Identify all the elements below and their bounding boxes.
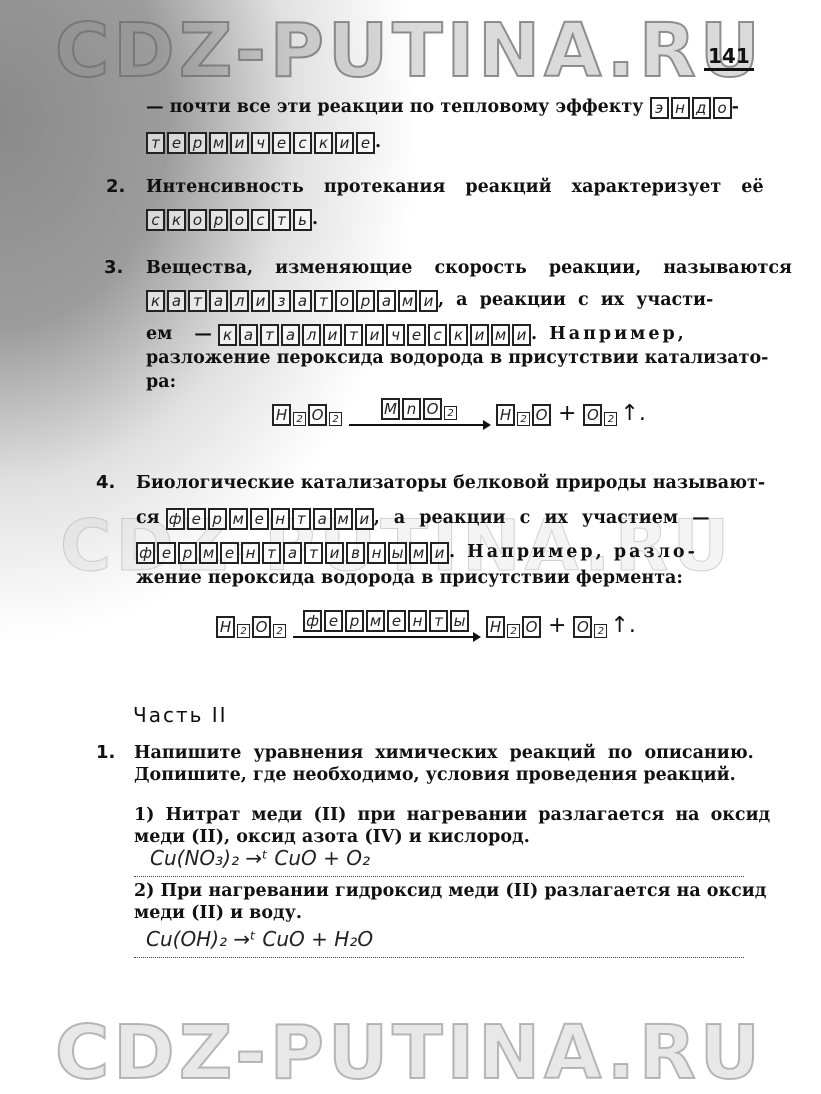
letter-box[interactable]: л xyxy=(302,324,321,346)
letter-box[interactable]: 2 xyxy=(604,412,617,426)
formula: O2 xyxy=(583,404,617,426)
letter-box[interactable]: т xyxy=(146,132,165,154)
letter-box[interactable]: а xyxy=(377,290,396,312)
q3-line-3: ем — каталитическими. Например, xyxy=(146,322,687,346)
letter-box[interactable]: а xyxy=(313,508,332,530)
q3-text-3-prefix: ем — xyxy=(146,324,212,344)
letter-box[interactable]: с xyxy=(293,132,312,154)
letter-box[interactable]: и xyxy=(419,290,438,312)
letter-box[interactable]: ы xyxy=(450,610,469,632)
letter-box[interactable]: р xyxy=(209,209,228,231)
letter-box[interactable]: е xyxy=(157,542,176,564)
equation-enzyme: H2O2ферментыH2O+O2↑. xyxy=(216,610,636,638)
letter-box[interactable]: т xyxy=(344,324,363,346)
q4-text-3-suffix: . Например, разло- xyxy=(449,542,698,562)
hyphen: - xyxy=(732,97,739,117)
letter-box[interactable]: т xyxy=(292,508,311,530)
letter-box[interactable]: 2 xyxy=(517,412,530,426)
handwritten-answer-2[interactable]: Cu(OH)₂ →ᵗ CuO + H₂O xyxy=(146,927,373,951)
letter-box[interactable]: O xyxy=(583,404,602,426)
answer-boxes[interactable]: ферментами xyxy=(166,508,374,530)
letter-box[interactable]: H xyxy=(216,616,235,638)
letter-box[interactable]: O xyxy=(252,616,271,638)
letter-box[interactable]: H xyxy=(486,616,505,638)
letter-box[interactable]: т xyxy=(314,290,333,312)
question-number: 3. xyxy=(104,257,123,278)
letter-box[interactable]: и xyxy=(230,132,249,154)
letter-box[interactable]: 2 xyxy=(444,406,457,420)
letter-box[interactable]: т xyxy=(304,542,323,564)
letter-box[interactable]: и xyxy=(512,324,531,346)
letter-box[interactable]: р xyxy=(208,508,227,530)
q3-line-2: катализаторами, а реакции с их участи- xyxy=(146,288,713,312)
letter-box[interactable]: о xyxy=(188,209,207,231)
letter-box[interactable]: а xyxy=(281,324,300,346)
letter-box[interactable]: е xyxy=(407,324,426,346)
formula: H2O xyxy=(486,616,541,638)
letter-box[interactable]: а xyxy=(293,290,312,312)
reaction-arrow: MnO2 xyxy=(349,398,489,426)
q4-text-1: Биологические катализаторы белковой прир… xyxy=(136,471,765,495)
letter-box[interactable]: к xyxy=(167,209,186,231)
plus-sign: + xyxy=(558,401,576,426)
letter-box[interactable]: а xyxy=(239,324,258,346)
letter-box[interactable]: о xyxy=(335,290,354,312)
q4-line-2: ся ферментами, а реакции с их участием — xyxy=(136,506,710,530)
part-title: Часть II xyxy=(133,703,228,727)
q3-text-3-suffix: . Например, xyxy=(531,324,687,344)
catalyst: ферменты xyxy=(303,610,469,632)
letter-box[interactable]: р xyxy=(356,290,375,312)
catalyst: MnO2 xyxy=(381,398,457,420)
letter-box[interactable]: т xyxy=(260,324,279,346)
formula: H2O2 xyxy=(216,616,286,638)
page-number: 141 xyxy=(704,44,754,71)
letter-box[interactable]: 2 xyxy=(273,624,286,638)
part2-q1-text-2: Допишите, где необходимо, условия провед… xyxy=(134,763,736,787)
letter-box[interactable]: м xyxy=(229,508,248,530)
letter-box[interactable]: и xyxy=(470,324,489,346)
letter-box[interactable]: т xyxy=(429,610,448,632)
letter-box[interactable]: е xyxy=(220,542,239,564)
letter-box[interactable]: с xyxy=(251,209,270,231)
letter-box[interactable]: O xyxy=(423,398,442,420)
gas-arrow-icon: ↑. xyxy=(610,613,635,638)
q3-text-2: , а реакции с их участи- xyxy=(438,290,713,310)
letter-box[interactable]: а xyxy=(167,290,186,312)
letter-box[interactable]: ф xyxy=(303,610,322,632)
q3-text-5: ра: xyxy=(146,370,176,394)
letter-box[interactable]: а xyxy=(209,290,228,312)
letter-box[interactable]: M xyxy=(381,398,400,420)
letter-box[interactable]: т xyxy=(262,542,281,564)
letter-box[interactable]: ь xyxy=(293,209,312,231)
letter-box[interactable]: O xyxy=(308,404,327,426)
letter-box[interactable]: н xyxy=(271,508,290,530)
letter-box[interactable]: о xyxy=(713,97,732,119)
letter-box[interactable]: n xyxy=(402,398,421,420)
letter-box[interactable]: и xyxy=(325,542,344,564)
letter-box[interactable]: е xyxy=(272,132,291,154)
answer-line xyxy=(134,876,744,877)
letter-box[interactable]: а xyxy=(283,542,302,564)
letter-box[interactable]: ы xyxy=(388,542,407,564)
letter-box[interactable]: н xyxy=(408,610,427,632)
letter-box[interactable]: р xyxy=(345,610,364,632)
continuation-line-2: термические. xyxy=(146,130,381,154)
letter-box[interactable]: е xyxy=(324,610,343,632)
part2-sub2-line-1: 2) При нагревании гидроксид меди (II) ра… xyxy=(134,879,766,903)
reaction-arrow: ферменты xyxy=(293,610,479,638)
letter-box[interactable]: т xyxy=(188,290,207,312)
letter-box[interactable]: и xyxy=(335,132,354,154)
continuation-line-1: — почти все эти реакции по тепловому эфф… xyxy=(146,95,739,119)
letter-box[interactable]: н xyxy=(367,542,386,564)
q4-text-2-prefix: ся xyxy=(136,508,160,528)
letter-box[interactable]: к xyxy=(218,324,237,346)
arrow-icon xyxy=(349,424,489,426)
letter-box[interactable]: и xyxy=(251,290,270,312)
watermark-top: CDZ-PUTINA.RU xyxy=(55,8,764,94)
letter-box[interactable]: и xyxy=(355,508,374,530)
letter-box[interactable]: 2 xyxy=(237,624,250,638)
letter-box[interactable]: с xyxy=(146,209,165,231)
question-number: 2. xyxy=(106,176,125,197)
question-number: 4. xyxy=(96,472,115,493)
letter-box[interactable]: р xyxy=(188,132,207,154)
letter-box[interactable]: и xyxy=(365,324,384,346)
q3-text-4: разложение пероксида водорода в присутст… xyxy=(146,346,768,370)
letter-box[interactable]: м xyxy=(398,290,417,312)
part2-sub1-line-1: 1) Нитрат меди (II) при нагревании разла… xyxy=(134,803,770,827)
letter-box[interactable]: д xyxy=(692,97,711,119)
plus-sign: + xyxy=(548,613,566,638)
formula: H2O xyxy=(496,404,551,426)
letter-box[interactable]: м xyxy=(209,132,228,154)
letter-box[interactable]: м xyxy=(491,324,510,346)
letter-box[interactable]: е xyxy=(356,132,375,154)
q2-answer-line: скорость. xyxy=(146,207,318,231)
letter-box[interactable]: з xyxy=(272,290,291,312)
letter-box[interactable]: в xyxy=(346,542,365,564)
letter-box[interactable]: H xyxy=(496,404,515,426)
letter-box[interactable]: т xyxy=(272,209,291,231)
gas-arrow-icon: ↑. xyxy=(620,401,645,426)
answer-boxes[interactable]: эндо xyxy=(650,97,732,119)
part2-q1-text-1: Напишите уравнения химических реакций по… xyxy=(134,741,754,765)
q4-text-4: жение пероксида водорода в присутствии ф… xyxy=(136,566,683,590)
letter-box[interactable]: л xyxy=(230,290,249,312)
letter-box[interactable]: с xyxy=(428,324,447,346)
letter-box[interactable]: O xyxy=(573,616,592,638)
letter-box[interactable]: р xyxy=(178,542,197,564)
letter-box[interactable]: н xyxy=(671,97,690,119)
question-number: 1. xyxy=(96,742,115,763)
letter-box[interactable]: м xyxy=(199,542,218,564)
letter-box[interactable]: н xyxy=(241,542,260,564)
q4-line-3: ферментативными. Например, разло- xyxy=(136,540,698,564)
handwritten-answer-1[interactable]: Cu(NO₃)₂ →ᵗ CuO + O₂ xyxy=(150,846,370,870)
equation-catalyst: H2O2MnO2H2O+O2↑. xyxy=(272,398,646,426)
letter-box[interactable]: м xyxy=(334,508,353,530)
formula: O2 xyxy=(573,616,607,638)
letter-box[interactable]: к xyxy=(449,324,468,346)
formula: H2O2 xyxy=(272,404,342,426)
part2-sub2-line-2: меди (II) и воду. xyxy=(134,901,302,925)
letter-box[interactable]: ч xyxy=(251,132,270,154)
watermark-bottom: CDZ-PUTINA.RU xyxy=(55,1010,764,1094)
letter-box[interactable]: 2 xyxy=(293,412,306,426)
answer-boxes[interactable]: термические xyxy=(146,132,375,154)
letter-box[interactable]: е xyxy=(387,610,406,632)
letter-box[interactable]: о xyxy=(230,209,249,231)
period: . xyxy=(375,132,381,152)
arrow-icon xyxy=(293,636,479,638)
letter-box[interactable]: и xyxy=(323,324,342,346)
q4-text-2-suffix: , а реакции с их участием — xyxy=(374,508,710,528)
answer-line xyxy=(134,957,744,958)
letter-box[interactable]: и xyxy=(430,542,449,564)
letter-box[interactable]: э xyxy=(650,97,669,119)
letter-box[interactable]: O xyxy=(532,404,551,426)
q2-text: Интенсивность протекания реакций характе… xyxy=(146,175,764,199)
letter-box[interactable]: е xyxy=(187,508,206,530)
letter-box[interactable]: к xyxy=(146,290,165,312)
q3-text-1: Вещества, изменяющие скорость реакции, н… xyxy=(146,256,792,280)
letter-box[interactable]: 2 xyxy=(594,624,607,638)
letter-box[interactable]: к xyxy=(314,132,333,154)
letter-box[interactable]: ф xyxy=(136,542,155,564)
letter-box[interactable]: м xyxy=(366,610,385,632)
answer-boxes[interactable]: катализаторами xyxy=(146,290,438,312)
period: . xyxy=(312,209,318,229)
letter-box[interactable]: 2 xyxy=(507,624,520,638)
letter-box[interactable]: 2 xyxy=(329,412,342,426)
letter-box[interactable]: ч xyxy=(386,324,405,346)
letter-box[interactable]: е xyxy=(250,508,269,530)
answer-boxes[interactable]: ферментативными xyxy=(136,542,449,564)
answer-boxes[interactable]: каталитическими xyxy=(218,324,531,346)
letter-box[interactable]: ф xyxy=(166,508,185,530)
letter-box[interactable]: O xyxy=(522,616,541,638)
letter-box[interactable]: H xyxy=(272,404,291,426)
letter-box[interactable]: м xyxy=(409,542,428,564)
continuation-text: — почти все эти реакции по тепловому эфф… xyxy=(146,97,643,117)
letter-box[interactable]: е xyxy=(167,132,186,154)
answer-boxes[interactable]: скорость xyxy=(146,209,312,231)
